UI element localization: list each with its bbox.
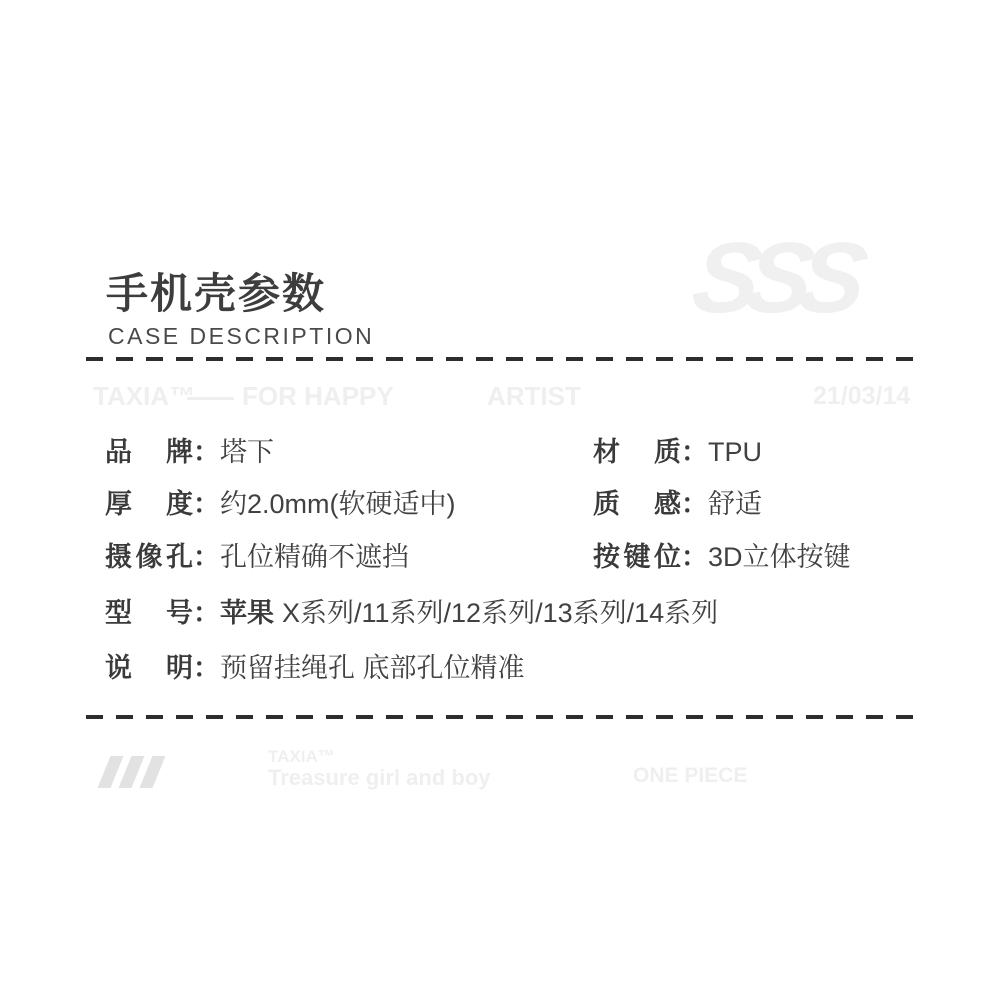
spec-note: 说明：预留挂绳孔 底部孔位精准 — [105, 652, 525, 684]
spec-texture-colon: ： — [681, 489, 708, 519]
spec-thickness-label: 厚度 — [105, 488, 193, 520]
watermark-one-piece: ONE PIECE — [633, 763, 747, 788]
spec-note-label: 说明 — [105, 652, 193, 684]
spec-model-series: X系列/11系列/12系列/13系列/14系列 — [282, 598, 718, 628]
triple-slash-icon — [104, 756, 167, 788]
spec-note-colon: ： — [193, 653, 220, 683]
spec-thickness-value: 约2.0mm(软硬适中) — [220, 489, 456, 519]
spec-model: 型号：苹果X系列/11系列/12系列/13系列/14系列 — [105, 597, 718, 629]
divider-bottom-dashed — [86, 715, 916, 719]
spec-brand-label: 品牌 — [105, 436, 193, 468]
spec-texture: 质感：舒适 — [593, 488, 762, 520]
spec-thickness-colon: ： — [193, 489, 220, 519]
page-subtitle: CASE DESCRIPTION — [108, 322, 374, 350]
case-description-panel: SSS 手机壳参数 CASE DESCRIPTION TAXIA™ FOR HA… — [0, 0, 1000, 1000]
spec-material: 材质：TPU — [593, 436, 762, 468]
spec-material-value: TPU — [708, 437, 762, 467]
spec-brand-value: 塔下 — [220, 437, 274, 467]
spec-buttons-colon: ： — [681, 542, 708, 572]
spec-brand-colon: ： — [193, 437, 220, 467]
sss-watermark-logo: SSS — [687, 228, 859, 328]
spec-brand: 品牌：塔下 — [105, 436, 274, 468]
spec-buttons-label: 按键位 — [593, 541, 681, 573]
spec-model-colon: ： — [193, 598, 220, 628]
spec-texture-label: 质感 — [593, 488, 681, 520]
spec-model-label: 型号 — [105, 597, 193, 629]
page-title: 手机壳参数 — [106, 270, 326, 318]
watermark-date: 21/03/14 — [813, 382, 910, 410]
watermark-brand-top: TAXIA™ — [93, 382, 195, 410]
spec-material-label: 材质 — [593, 436, 681, 468]
spec-model-brand: 苹果 — [220, 598, 274, 628]
watermark-slogan-bottom: Treasure girl and boy — [268, 765, 491, 790]
spec-material-colon: ： — [681, 437, 708, 467]
spec-thickness: 厚度：约2.0mm(软硬适中) — [105, 488, 456, 520]
watermark-brand-bottom: TAXIA™ — [268, 747, 335, 766]
spec-buttons-value: 3D立体按键 — [708, 542, 851, 572]
spec-note-value: 预留挂绳孔 底部孔位精准 — [220, 653, 525, 683]
spec-buttons: 按键位：3D立体按键 — [593, 541, 851, 573]
watermark-dash-line — [187, 397, 234, 400]
watermark-artist: ARTIST — [487, 382, 581, 410]
spec-texture-value: 舒适 — [708, 489, 762, 519]
slash-mark — [140, 756, 166, 788]
spec-camera-hole-label: 摄像孔 — [105, 541, 193, 573]
divider-top-dashed — [86, 357, 916, 361]
spec-camera-hole: 摄像孔：孔位精确不遮挡 — [105, 541, 409, 573]
spec-camera-hole-value: 孔位精确不遮挡 — [220, 542, 409, 572]
watermark-slogan-top: FOR HAPPY — [242, 382, 394, 410]
spec-camera-hole-colon: ： — [193, 542, 220, 572]
